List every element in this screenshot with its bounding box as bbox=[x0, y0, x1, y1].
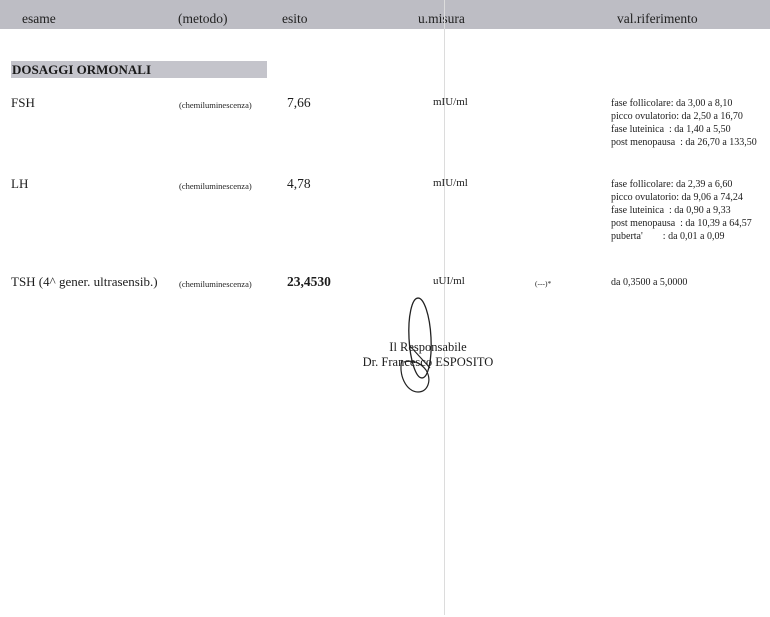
signature-block: Il Responsabile Dr. Francesco ESPOSITO bbox=[340, 340, 516, 370]
signature-title: Il Responsabile bbox=[340, 340, 516, 355]
exam-name: TSH (4^ gener. ultrasensib.) bbox=[11, 274, 158, 290]
header-esame: esame bbox=[22, 12, 56, 26]
exam-unit: mIU/ml bbox=[433, 96, 468, 108]
exam-unit: mIU/ml bbox=[433, 177, 468, 189]
reference-values: fase follicolare: da 3,00 a 8,10 picco o… bbox=[611, 97, 757, 149]
reference-line: fase follicolare: da 2,39 a 6,60 bbox=[611, 178, 752, 191]
section-header: DOSAGGI ORMONALI bbox=[11, 61, 267, 78]
reference-line: da 0,3500 a 5,0000 bbox=[611, 276, 687, 289]
page-fold-line bbox=[444, 0, 445, 615]
header-esito: esito bbox=[282, 12, 308, 26]
signature-name: Dr. Francesco ESPOSITO bbox=[340, 355, 516, 370]
table-header: esame (metodo) esito u.misura val.riferi… bbox=[0, 0, 770, 29]
exam-name: LH bbox=[11, 176, 28, 192]
reference-values: da 0,3500 a 5,0000 bbox=[611, 276, 687, 289]
reference-line: post menopausa : da 10,39 a 64,57 bbox=[611, 217, 752, 230]
reference-values: fase follicolare: da 2,39 a 6,60 picco o… bbox=[611, 178, 752, 243]
exam-method: (chemiluminescenza) bbox=[179, 181, 252, 191]
reference-line: puberta' : da 0,01 a 0,09 bbox=[611, 230, 752, 243]
exam-result: 7,66 bbox=[287, 95, 311, 111]
header-unita-misura: u.misura bbox=[418, 12, 465, 26]
reference-line: fase follicolare: da 3,00 a 8,10 bbox=[611, 97, 757, 110]
header-valori-riferimento: val.riferimento bbox=[617, 12, 698, 26]
reference-line: picco ovulatorio: da 2,50 a 16,70 bbox=[611, 110, 757, 123]
exam-method: (chemiluminescenza) bbox=[179, 279, 252, 289]
exam-result: 4,78 bbox=[287, 176, 311, 192]
exam-unit: uUI/ml bbox=[433, 275, 465, 287]
exam-flag-out-of-range: (---)* bbox=[535, 279, 551, 288]
exam-result: 23,4530 bbox=[287, 274, 331, 290]
section-title: DOSAGGI ORMONALI bbox=[12, 62, 151, 77]
reference-line: picco ovulatorio: da 9,06 a 74,24 bbox=[611, 191, 752, 204]
reference-line: fase luteinica : da 1,40 a 5,50 bbox=[611, 123, 757, 136]
reference-line: fase luteinica : da 0,90 a 9,33 bbox=[611, 204, 752, 217]
exam-method: (chemiluminescenza) bbox=[179, 100, 252, 110]
reference-line: post menopausa : da 26,70 a 133,50 bbox=[611, 136, 757, 149]
exam-name: FSH bbox=[11, 95, 35, 111]
header-metodo: (metodo) bbox=[178, 12, 228, 26]
